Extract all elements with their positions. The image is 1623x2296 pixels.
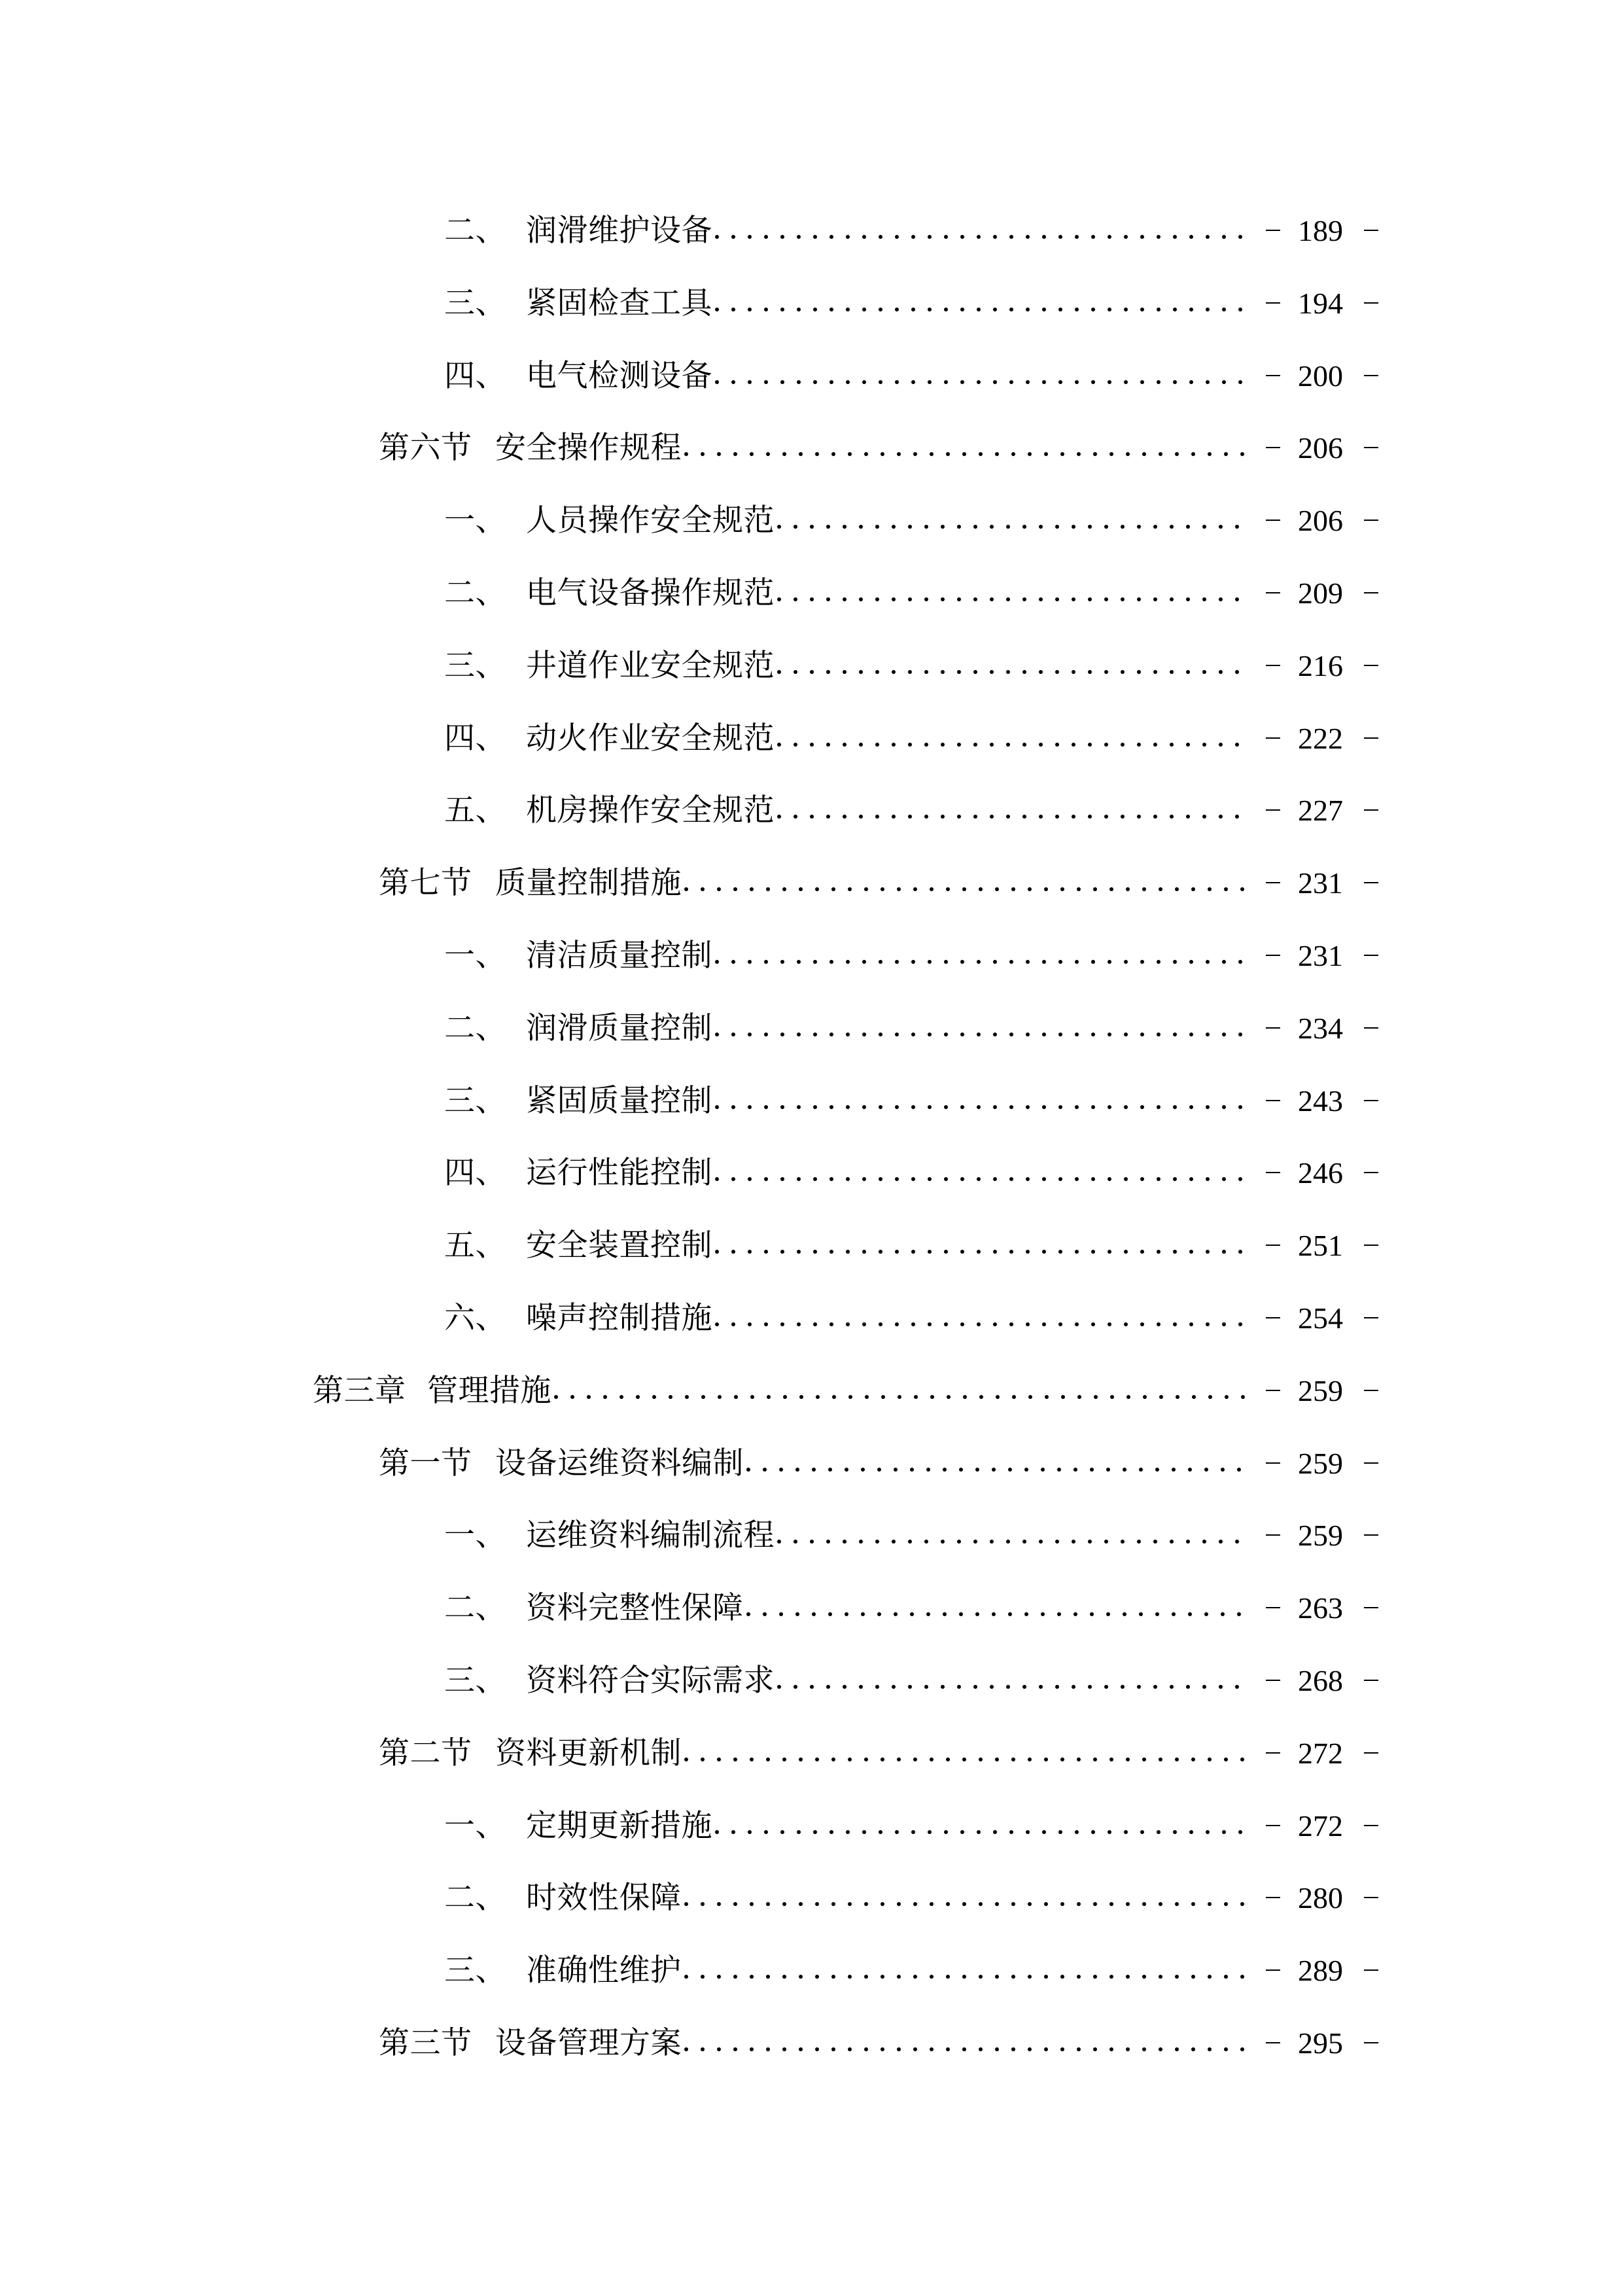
leader-dot: [718, 1395, 722, 1399]
leader-dot: [1058, 1830, 1062, 1834]
leader-dot: [812, 1612, 816, 1616]
leader-dot: [897, 887, 901, 891]
leader-dot: [1011, 1975, 1015, 1979]
dash-left: [1266, 1607, 1280, 1608]
leader-dot: [973, 525, 977, 529]
leader-dot: [734, 1395, 738, 1399]
leader-dot: [1238, 1322, 1242, 1326]
leader-dot: [1028, 452, 1032, 456]
leader-dot: [570, 1395, 574, 1399]
leader-dot: [733, 887, 737, 891]
leader-dot: [799, 887, 803, 891]
leader-dot: [1189, 235, 1193, 239]
leader-dot: [977, 1322, 981, 1326]
leader-dot: [826, 1685, 830, 1689]
leader-dot: [1222, 960, 1226, 964]
leader-dot: [946, 1975, 950, 1979]
leader-dot: [1075, 235, 1079, 239]
leader-dot: [766, 887, 770, 891]
leader-dot: [990, 1540, 994, 1544]
leader-dot: [845, 1612, 848, 1616]
toc-entry-item[interactable]: 一、 定期更新措施 272: [0, 1807, 1623, 1846]
leader-dot: [1137, 1685, 1141, 1689]
leader-dot: [1142, 1902, 1146, 1906]
leader-dot: [1006, 1685, 1010, 1689]
leader-dot: [908, 597, 912, 601]
leader-dot: [1073, 1468, 1077, 1472]
leader-dot: [1077, 2047, 1081, 2051]
leader-dot: [960, 1250, 964, 1254]
leader-dot: [941, 597, 945, 601]
leader-dot: [780, 1033, 784, 1036]
leader-dot: [848, 452, 852, 456]
leader-dot: [828, 1612, 832, 1616]
leader-dot: [944, 1250, 948, 1254]
leader-dot: [957, 815, 961, 819]
leader-dot: [810, 525, 814, 529]
leader-dot: [1206, 960, 1210, 964]
page-number-value: 254: [1298, 1299, 1348, 1338]
leader-dot: [864, 1902, 868, 1906]
leader-dot: [1191, 1757, 1195, 1761]
page-number-value: 227: [1298, 791, 1348, 830]
leader-dot: [1224, 2047, 1228, 2051]
leader-dot: [911, 1105, 915, 1109]
leader-dot: [1058, 308, 1062, 311]
leader-dot: [1176, 1395, 1179, 1399]
leader-dot: [684, 887, 688, 891]
leader-dot: [1077, 1395, 1081, 1399]
leader-dot: [1172, 1612, 1176, 1616]
toc-entry-item[interactable]: 二、 资料完整性保障 263: [0, 1589, 1623, 1628]
leader-dot: [993, 1322, 997, 1326]
page-number: 194: [1264, 284, 1382, 323]
leader-dot: [879, 235, 882, 239]
page-number-value: 280: [1298, 1879, 1348, 1918]
leader-dot: [795, 1468, 799, 1472]
page-number-value: 234: [1298, 1009, 1348, 1048]
leader-dot: [864, 452, 868, 456]
leader-dot: [975, 1612, 979, 1616]
leader-dot: [750, 452, 754, 456]
leader-dot: [1206, 235, 1210, 239]
leader-dot: [1104, 597, 1108, 601]
leader-dot: [1058, 1033, 1062, 1036]
leader-dot: [832, 1395, 836, 1399]
leader-dot: [1044, 1757, 1048, 1761]
leader-dot: [928, 1033, 932, 1036]
toc-entry-item[interactable]: 三、 资料符合实际需求 268: [0, 1661, 1623, 1701]
dash-left: [1266, 447, 1280, 448]
toc-entry-item[interactable]: 三、 紧固质量控制 243: [0, 1082, 1623, 1121]
leader-dot: [957, 1540, 961, 1544]
dash-right: [1364, 302, 1378, 304]
leader-dot: [924, 815, 928, 819]
leader-dot: [913, 1975, 917, 1979]
toc-entry-item[interactable]: 二、 润滑维护设备 189: [0, 211, 1623, 251]
leader-dot: [1091, 1250, 1095, 1254]
leader-dot: [1222, 1105, 1226, 1109]
leader-dot: [924, 670, 928, 674]
leader-dot: [895, 308, 899, 311]
leader-dot: [979, 2047, 983, 2051]
leader-dot: [1006, 743, 1010, 747]
toc-entry-item[interactable]: 二、 电气设备操作规范 209: [0, 574, 1623, 613]
toc-entry-item[interactable]: 三、 准确性维护 289: [0, 1951, 1623, 1990]
page-number-value: 251: [1298, 1226, 1348, 1265]
dash-left: [1266, 737, 1280, 739]
leader-dot: [879, 1322, 882, 1326]
leader-dot: [1075, 1322, 1079, 1326]
leader-dot: [930, 452, 934, 456]
leader-dot: [892, 525, 896, 529]
leader-dot: [861, 1468, 865, 1472]
leader-dot: [1142, 452, 1146, 456]
leader-dot: [1208, 452, 1212, 456]
toc-entry-item[interactable]: 五、 安全装置控制 251: [0, 1226, 1623, 1265]
leader-dot: [763, 1612, 767, 1616]
toc-entry-item[interactable]: 一、 运维资料编制流程 259: [0, 1516, 1623, 1555]
leader-dot: [930, 1395, 934, 1399]
leader-dot: [1060, 452, 1064, 456]
leader-dot: [1042, 1177, 1046, 1181]
leader-dot: [1024, 1468, 1028, 1472]
leader-dot: [1093, 1902, 1097, 1906]
leader-dot: [1206, 380, 1210, 384]
leader-dot: [1189, 960, 1193, 964]
leader-dot: [1191, 1902, 1195, 1906]
leader-dot: [1109, 887, 1113, 891]
leader-dot: [780, 380, 784, 384]
leader-dot: [960, 1177, 964, 1181]
leader-dot: [777, 743, 781, 747]
leader-dot: [794, 525, 797, 529]
leader-dot: [881, 452, 884, 456]
leader-dot: [1208, 1902, 1212, 1906]
leader-dot: [1153, 525, 1157, 529]
leader-dot: [1006, 525, 1010, 529]
leader-dot: [826, 1540, 830, 1544]
leader-dot: [1011, 2047, 1015, 2051]
leader-dot: [764, 1105, 768, 1109]
leader-dot: [859, 670, 863, 674]
page-number: 231: [1264, 936, 1382, 976]
toc-entry-section[interactable]: 第三节 设备管理方案 295: [0, 2024, 1623, 2063]
toc-entry-item[interactable]: 四、 电气检测设备 200: [0, 357, 1623, 396]
leader-dot: [1159, 1975, 1162, 1979]
leader-dot: [1108, 380, 1111, 384]
leader-dot: [862, 308, 866, 311]
toc-entry-item[interactable]: 三、 井道作业安全规范 216: [0, 646, 1623, 686]
leader-dot: [813, 380, 817, 384]
leader-dot: [764, 1830, 768, 1834]
leader-dot: [1028, 1975, 1032, 1979]
leader-dot: [875, 743, 879, 747]
leader-dot: [1153, 1540, 1157, 1544]
dash-left: [1266, 1534, 1280, 1536]
leader-dot: [977, 1105, 981, 1109]
leader-dot: [1202, 815, 1206, 819]
dash-left: [1266, 1752, 1280, 1754]
leader-dot: [1159, 887, 1162, 891]
leader-dot: [816, 1395, 820, 1399]
leader-dot: [864, 2047, 868, 2051]
leader-dot: [1224, 1975, 1228, 1979]
leader-dot: [1006, 1540, 1010, 1544]
leader-dot: [1042, 308, 1046, 311]
leader-dot: [1109, 452, 1113, 456]
leader-dot: [992, 1468, 996, 1472]
leader-dot: [957, 670, 961, 674]
leader-dot: [1022, 1540, 1026, 1544]
dash-right: [1364, 2042, 1378, 2043]
leader-dot: [799, 1757, 803, 1761]
leader-dot: [1055, 743, 1059, 747]
leader-dot: [897, 2047, 901, 2051]
leader-dot: [1170, 597, 1174, 601]
dash-left: [1266, 592, 1280, 593]
leader-dot: [865, 1395, 869, 1399]
leader-dot: [780, 1177, 784, 1181]
leader-dot: [862, 235, 866, 239]
toc-entry-item[interactable]: 三、 紧固检查工具 194: [0, 284, 1623, 323]
leader-dot: [1240, 452, 1244, 456]
dash-left: [1266, 955, 1280, 956]
page-number-value: 209: [1298, 574, 1348, 613]
leader-dot: [715, 1250, 719, 1254]
leader-dot: [1109, 1975, 1113, 1979]
toc-entry-section[interactable]: 第七节 质量控制措施 231: [0, 864, 1623, 903]
leader-dot: [701, 1975, 705, 1979]
leader-dot: [794, 1540, 797, 1544]
leader-dot: [815, 1975, 819, 1979]
leader-dot: [963, 1395, 967, 1399]
leader-dot: [826, 670, 830, 674]
leader-dot: [1143, 1395, 1147, 1399]
leader-dot: [859, 743, 863, 747]
leader-dot: [1028, 1395, 1032, 1399]
leader-dot: [1222, 380, 1226, 384]
toc-entry-item[interactable]: 一、 人员操作安全规范 206: [0, 501, 1623, 540]
leader-dot: [1124, 1177, 1128, 1181]
toc-entry-item[interactable]: 一、 清洁质量控制 231: [0, 936, 1623, 976]
dash-left: [1266, 520, 1280, 521]
leader-dot: [848, 1975, 852, 1979]
leader-dot: [977, 308, 981, 311]
leader-dot: [1186, 815, 1190, 819]
leader-dot: [1142, 2047, 1146, 2051]
toc-entry-item[interactable]: 六、 噪声控制措施 254: [0, 1299, 1623, 1338]
leader-dot: [1208, 2047, 1212, 2051]
leader-dot: [1072, 1540, 1075, 1544]
leader-dot: [881, 887, 884, 891]
leader-dot: [1238, 308, 1242, 311]
dash-right: [1364, 447, 1378, 448]
leader-dot: [993, 235, 997, 239]
toc-page: 二、 润滑维护设备 189 三、 紧固检查工具 194 四、 电气检测设备: [0, 0, 1623, 2296]
leader-dot: [859, 815, 863, 819]
leader-dot: [1191, 2047, 1195, 2051]
leader-dot: [1222, 1177, 1226, 1181]
leader-dot: [941, 525, 945, 529]
toc-entry-chapter[interactable]: 第三章 管理措施 259: [0, 1371, 1623, 1411]
leader-dot: [1153, 815, 1157, 819]
leader-dot: [1091, 308, 1095, 311]
toc-entry-item[interactable]: 二、 时效性保障 280: [0, 1879, 1623, 1918]
leader-dot: [731, 1250, 735, 1254]
leader-dot: [1104, 670, 1108, 674]
leader-dot: [1189, 1830, 1193, 1834]
leader-dot: [715, 1830, 719, 1834]
leader-dot: [977, 235, 981, 239]
leader-dot: [913, 2047, 917, 2051]
leader-dot: [1126, 1757, 1130, 1761]
leader-dot: [1126, 1975, 1130, 1979]
leader-dot: [1039, 597, 1043, 601]
leader-dot: [1175, 452, 1179, 456]
leader-dot: [829, 308, 833, 311]
leader-dot: [829, 1250, 833, 1254]
leader-dot: [1044, 1902, 1048, 1906]
leader-dot: [1028, 1757, 1032, 1761]
leader-dot: [1058, 380, 1062, 384]
leader-dot: [1175, 1902, 1179, 1906]
leader-dot: [1077, 1757, 1081, 1761]
leader-dot: [1159, 2047, 1162, 2051]
leader-dot: [1093, 887, 1097, 891]
leader-dot: [715, 1105, 719, 1109]
leader-dot: [685, 1395, 689, 1399]
leader-dot: [1240, 887, 1244, 891]
leader-dot: [960, 960, 964, 964]
dash-left: [1266, 1172, 1280, 1173]
leader-dot: [1202, 525, 1206, 529]
toc-entry-item[interactable]: 四、 运行性能控制 246: [0, 1154, 1623, 1193]
leader-dot: [879, 1177, 882, 1181]
leader-dot: [1238, 1033, 1242, 1036]
leader-dot: [731, 1105, 735, 1109]
leader-dot: [1009, 308, 1013, 311]
leader-dot: [895, 235, 899, 239]
leader-dot: [767, 1395, 771, 1399]
leader-dot: [1077, 1975, 1081, 1979]
leader-dot: [1140, 308, 1144, 311]
leader-dot: [748, 1250, 752, 1254]
leader-dot: [779, 1468, 783, 1472]
toc-entry-item[interactable]: 二、 润滑质量控制 234: [0, 1009, 1623, 1048]
leader-dot: [1042, 235, 1046, 239]
leader-dot: [1155, 1612, 1159, 1616]
toc-entry-section[interactable]: 第六节 安全操作规程 206: [0, 429, 1623, 468]
leader-dot: [780, 1322, 784, 1326]
leader-dot: [926, 1612, 930, 1616]
leader-dot: [829, 1177, 833, 1181]
leader-dot: [1140, 1322, 1144, 1326]
leader-dot: [684, 1757, 688, 1761]
leader-dot: [1091, 235, 1095, 239]
leader-dot: [1057, 1612, 1061, 1616]
leader-dot: [993, 1250, 997, 1254]
dash-right: [1364, 1317, 1378, 1318]
leader-dot: [1109, 1902, 1113, 1906]
leader-dot: [810, 815, 814, 819]
leader-dot: [1011, 1902, 1015, 1906]
leader-dot: [1191, 887, 1195, 891]
toc-entry-section[interactable]: 第一节 设备运维资料编制 259: [0, 1444, 1623, 1483]
leader-dot: [1028, 887, 1032, 891]
leader-dot: [799, 1902, 803, 1906]
leader-dot: [879, 1033, 882, 1036]
leader-dot: [959, 1612, 963, 1616]
leader-dot: [898, 1395, 901, 1399]
leader-dot: [1044, 2047, 1048, 2051]
leader-dot: [875, 670, 879, 674]
leader-dot: [1153, 1685, 1157, 1689]
leader-dot: [783, 1395, 787, 1399]
leader-dot: [1121, 743, 1125, 747]
leader-dot: [928, 960, 932, 964]
toc-entry-item[interactable]: 四、 动火作业安全规范 222: [0, 719, 1623, 758]
toc-entry-item[interactable]: 五、 机房操作安全规范 227: [0, 791, 1623, 830]
leader-dot: [1208, 1395, 1212, 1399]
leader-dot: [1039, 670, 1043, 674]
leader-dot: [831, 887, 835, 891]
page-number-value: 259: [1298, 1516, 1348, 1555]
leader-dot: [815, 887, 819, 891]
leader-dot: [892, 597, 896, 601]
leader-dot: [913, 887, 917, 891]
leader-dot: [1204, 1468, 1208, 1472]
leader-dot: [897, 452, 901, 456]
dash-left: [1266, 375, 1280, 376]
leader-dot: [977, 960, 981, 964]
leader-dot: [1238, 380, 1242, 384]
leader-dot: [794, 1685, 797, 1689]
leader-dot: [862, 1033, 866, 1036]
leader-dot: [1225, 1395, 1229, 1399]
leader-dot: [1186, 525, 1190, 529]
leader-dot: [1108, 1105, 1111, 1109]
leader-dot: [780, 1830, 784, 1834]
leader-dot: [746, 1468, 750, 1472]
leader-dot: [979, 1902, 983, 1906]
leader-dot: [990, 670, 994, 674]
leader-dot: [1157, 1105, 1161, 1109]
leader-dot: [1058, 1322, 1062, 1326]
leader-dot: [979, 452, 983, 456]
leader-dot: [1109, 1757, 1113, 1761]
leader-dot: [892, 743, 896, 747]
leader-dot: [995, 1757, 999, 1761]
leader-dot: [928, 1830, 932, 1834]
leader-dot: [1219, 815, 1223, 819]
leader-dot: [977, 1033, 981, 1036]
leader-dot: [977, 380, 981, 384]
leader-dot: [1222, 1033, 1226, 1036]
leader-dot: [1224, 452, 1228, 456]
leader-dot: [1009, 1105, 1013, 1109]
leader-dot: [1157, 960, 1161, 964]
leader-dot: [829, 960, 833, 964]
leader-dot: [1173, 960, 1177, 964]
leader-dot: [962, 452, 966, 456]
leader-dot: [928, 1105, 932, 1109]
leader-dot: [636, 1395, 640, 1399]
dash-left: [1266, 1897, 1280, 1898]
leader-dot: [1137, 743, 1141, 747]
leader-dot: [782, 452, 786, 456]
toc-entry-section[interactable]: 第二节 资料更新机制 272: [0, 1734, 1623, 1773]
